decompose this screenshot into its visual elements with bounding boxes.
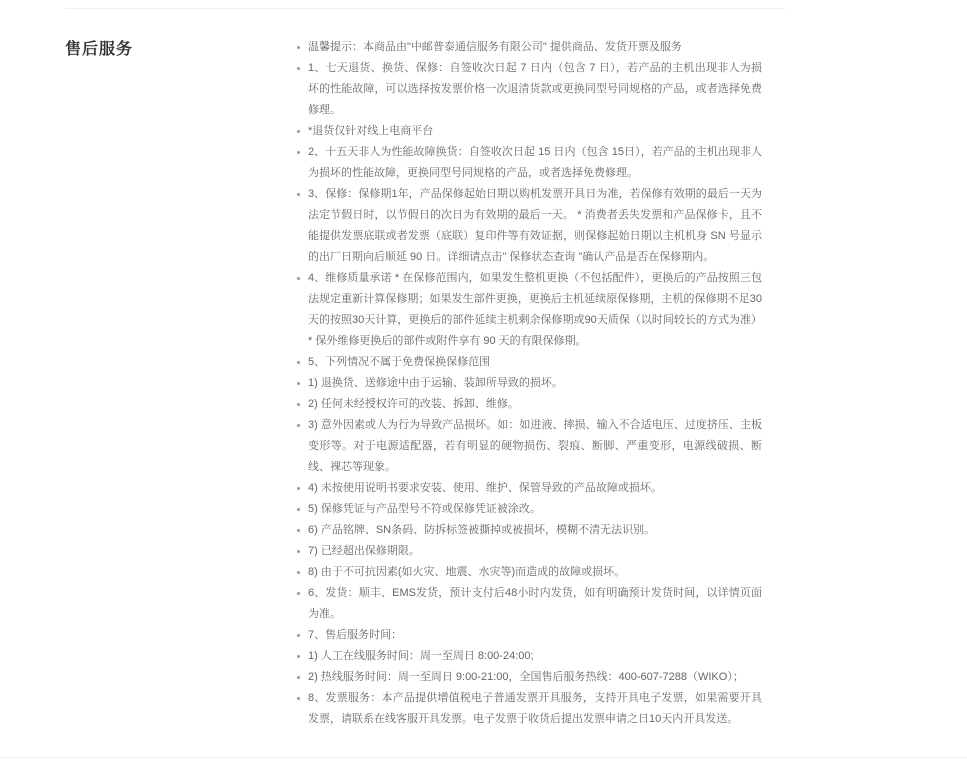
list-item: 5) 保修凭证与产品型号不符或保修凭证被涂改。 xyxy=(290,499,762,520)
list-item: 7) 已经超出保修期限。 xyxy=(290,541,762,562)
list-item: 6、发货：顺丰、EMS发货，预计支付后48小时内发货，如有明确预计发货时间，以详… xyxy=(290,583,762,625)
list-item: 4、维修质量承诺 * 在保修范围内，如果发生整机更换（不包括配件），更换后的产品… xyxy=(290,268,762,352)
list-item: 2) 热线服务时间：周一至周日 9:00-21:00，全国售后服务热线：400-… xyxy=(290,667,762,688)
section-divider-top xyxy=(65,8,785,9)
list-item: 7、售后服务时间： xyxy=(290,625,762,646)
list-item: 3、保修：保修期1年，产品保修起始日期以购机发票开具日为准，若保修有效期的最后一… xyxy=(290,184,762,268)
after-sales-service-list: 温馨提示：本商品由"中邮普泰通信服务有限公司" 提供商品、发货开票及服务 1、七… xyxy=(290,37,762,730)
list-item: 6) 产品铭牌、SN条码、防拆标签被撕掉或被损坏，模糊不清无法识别。 xyxy=(290,520,762,541)
list-item: 1) 人工在线服务时间：周一至周日 8:00-24:00; xyxy=(290,646,762,667)
list-item: 1) 退换货、送修途中由于运输、装卸所导致的损坏。 xyxy=(290,373,762,394)
section-divider-bottom xyxy=(0,757,967,758)
list-item: 4) 未按使用说明书要求安装、使用、维护、保管导致的产品故障或损坏。 xyxy=(290,478,762,499)
list-item: 2、十五天非人为性能故障换货：自签收次日起 15 日内（包含 15日），若产品的… xyxy=(290,142,762,184)
page-title: 售后服务 xyxy=(65,36,133,59)
list-item: 1、七天退货、换货、保修：自签收次日起 7 日内（包含 7 日），若产品的主机出… xyxy=(290,58,762,121)
list-item: 8) 由于不可抗因素(如火灾、地震、水灾等)而造成的故障或损坏。 xyxy=(290,562,762,583)
list-item: 温馨提示：本商品由"中邮普泰通信服务有限公司" 提供商品、发货开票及服务 xyxy=(290,37,762,58)
list-item: 2) 任何未经授权许可的改装、拆卸、维修。 xyxy=(290,394,762,415)
list-item: 8、发票服务：本产品提供增值税电子普通发票开具服务，支持开具电子发票，如果需要开… xyxy=(290,688,762,730)
list-item: 5、下列情况不属于免费保换保修范围 xyxy=(290,352,762,373)
list-item: 3) 意外因素或人为行为导致产品损坏。如：如进液、摔损、输入不合适电压、过度挤压… xyxy=(290,415,762,478)
list-item: *退货仅针对线上电商平台 xyxy=(290,121,762,142)
